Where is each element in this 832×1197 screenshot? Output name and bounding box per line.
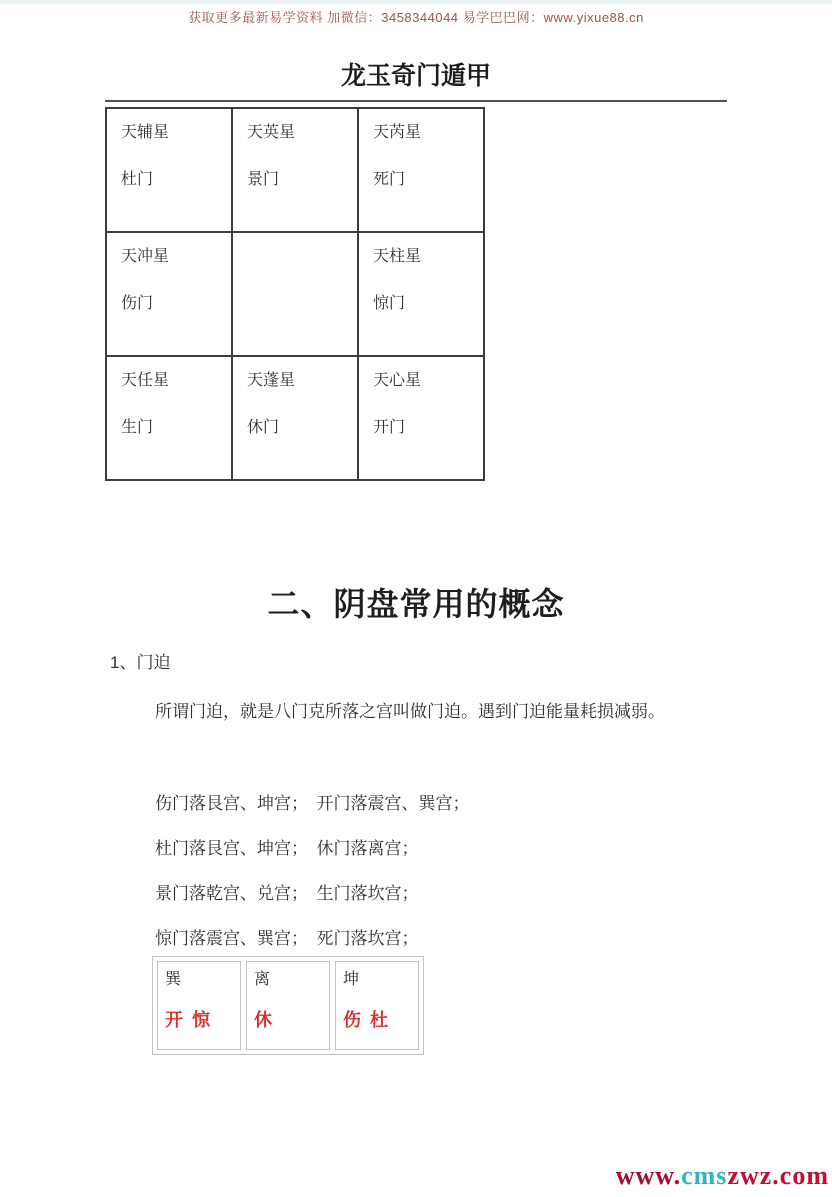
door-name: 杜门 [121, 170, 225, 190]
palace-name: 巽 [165, 970, 240, 990]
door-name: 开门 [373, 418, 477, 438]
palace-name: 离 [254, 970, 329, 990]
palace-cell: 离 休 [246, 961, 330, 1050]
table-cell: 天冲星 伤门 [106, 232, 232, 356]
list-item: 伤门落艮宫、坤宫； 开门落震宫、巽宫； [155, 781, 715, 826]
table-cell: 天心星 开门 [358, 356, 484, 480]
section-heading: 二、阴盘常用的概念 [0, 579, 832, 625]
page-top-strip [0, 0, 832, 4]
door-fall-list: 伤门落艮宫、坤宫； 开门落震宫、巽宫； 杜门落艮宫、坤宫； 休门落离宫； 景门落… [155, 781, 715, 961]
star-name: 天冲星 [121, 247, 225, 267]
star-door-table: 天辅星 杜门 天英星 景门 天芮星 死门 天冲星 伤门 [105, 107, 485, 481]
document-page: 获取更多最新易学资料 加微信：3458344044 易学巴巴网：www.yixu… [0, 0, 832, 1197]
palace-name: 坤 [343, 970, 418, 990]
palace-cell: 坤 伤 杜 [335, 961, 419, 1050]
title-underline [105, 100, 727, 102]
header-notice: 获取更多最新易学资料 加微信：3458344044 易学巴巴网：www.yixu… [0, 7, 832, 26]
table-cell: 天柱星 惊门 [358, 232, 484, 356]
door-name: 生门 [121, 418, 225, 438]
star-name: 天任星 [121, 371, 225, 391]
door-name: 死门 [373, 170, 477, 190]
list-item: 景门落乾宫、兑宫； 生门落坎宫； [155, 871, 715, 916]
table-cell: 天任星 生门 [106, 356, 232, 480]
table-cell: 天芮星 死门 [358, 108, 484, 232]
palace-doors: 伤 杜 [343, 1006, 418, 1032]
item-number: 1、门迫 [110, 648, 170, 673]
page-title: 龙玉奇门遁甲 [0, 56, 832, 92]
door-name: 惊门 [373, 294, 477, 314]
door-name: 休门 [247, 418, 351, 438]
table-row: 天任星 生门 天蓬星 休门 天心星 开门 [106, 356, 484, 480]
door-name: 伤门 [121, 294, 225, 314]
star-name: 天芮星 [373, 123, 477, 143]
table-cell: 天蓬星 休门 [232, 356, 358, 480]
list-item: 杜门落艮宫、坤宫； 休门落离宫； [155, 826, 715, 871]
table-row: 天辅星 杜门 天英星 景门 天芮星 死门 [106, 108, 484, 232]
table-cell: 天辅星 杜门 [106, 108, 232, 232]
watermark-segment: www. [616, 1161, 681, 1190]
palace-doors: 休 [254, 1006, 329, 1032]
table-cell-empty [232, 232, 358, 356]
site-watermark: www.cmszwz.com [616, 1161, 829, 1191]
list-item: 惊门落震宫、巽宫； 死门落坎宫； [155, 916, 715, 961]
door-name: 景门 [247, 170, 351, 190]
star-name: 天蓬星 [247, 371, 351, 391]
star-name: 天柱星 [373, 247, 477, 267]
paragraph-men-po: 所谓门迫，就是八门克所落之宫叫做门迫。遇到门迫能量耗损减弱。 [110, 690, 728, 734]
star-name: 天心星 [373, 371, 477, 391]
watermark-segment: cms [681, 1161, 727, 1190]
star-name: 天英星 [247, 123, 351, 143]
palace-cell: 巽 开 惊 [157, 961, 241, 1050]
star-name: 天辅星 [121, 123, 225, 143]
palace-doors: 开 惊 [165, 1006, 240, 1032]
watermark-segment: zwz.com [727, 1161, 829, 1190]
palace-door-table: 巽 开 惊 离 休 坤 伤 杜 [152, 956, 424, 1055]
table-row: 天冲星 伤门 天柱星 惊门 [106, 232, 484, 356]
table-cell: 天英星 景门 [232, 108, 358, 232]
